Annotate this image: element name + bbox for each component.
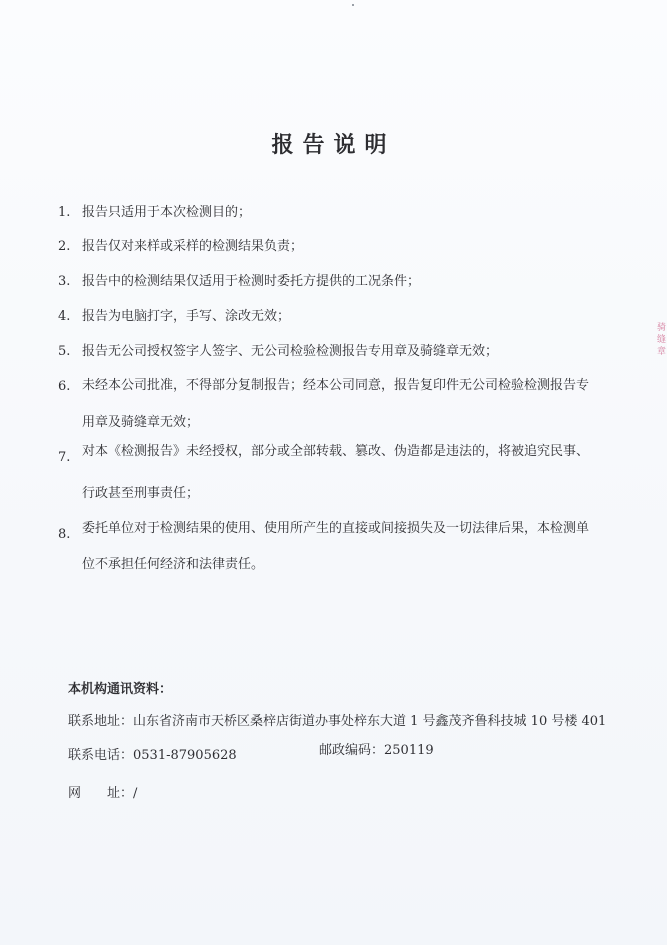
- postcode-label: 邮政编码：: [319, 743, 384, 758]
- address-value: 山东省济南市天桥区桑梓店街道办事处梓东大道 1 号鑫茂齐鲁科技城 10 号楼 4…: [133, 714, 606, 729]
- contact-phone: 联系电话：0531-87905628: [68, 744, 237, 763]
- item-text: 对本《检测报告》未经授权，部分或全部转载、篡改、伪造都是违法的，将被追究民事、: [82, 444, 589, 460]
- item-text-continued: 行政甚至刑事责任；: [82, 486, 199, 502]
- postcode-value: 250119: [384, 743, 434, 758]
- phone-label: 联系电话：: [68, 748, 133, 763]
- item-number: 1.: [58, 205, 78, 221]
- scan-mark: [352, 4, 354, 6]
- item-number: 5.: [58, 344, 78, 360]
- page-title: 报告说明: [0, 128, 667, 159]
- item-text-continued: 位不承担任何经济和法律责任。: [82, 557, 264, 573]
- item-number: 7.: [58, 450, 78, 466]
- item-text-continued: 用章及骑缝章无效；: [82, 415, 199, 431]
- item-number: 6.: [58, 379, 78, 395]
- contact-address: 联系地址：山东省济南市天桥区桑梓店街道办事处梓东大道 1 号鑫茂齐鲁科技城 10…: [68, 710, 606, 729]
- website-label: 网 址：: [68, 786, 133, 801]
- contact-heading: 本机构通讯资料：: [68, 678, 172, 697]
- contact-website: 网 址：/: [68, 782, 137, 801]
- address-label: 联系地址：: [68, 714, 133, 729]
- website-value: /: [133, 786, 137, 801]
- item-text: 委托单位对于检测结果的使用、使用所产生的直接或间接损失及一切法律后果，本检测单: [82, 521, 589, 537]
- item-text: 报告只适用于本次检测目的；: [82, 205, 251, 221]
- phone-value: 0531-87905628: [133, 748, 237, 763]
- item-number: 2.: [58, 239, 78, 255]
- item-text: 报告无公司授权签字人签字、无公司检验检测报告专用章及骑缝章无效；: [82, 344, 498, 360]
- report-page: 报告说明 1. 报告只适用于本次检测目的； 2. 报告仅对来样或采样的检测结果负…: [0, 0, 667, 945]
- seam-stamp: 骑缝章: [657, 322, 667, 430]
- item-text: 报告中的检测结果仅适用于检测时委托方提供的工况条件；: [82, 274, 420, 290]
- item-text: 报告为电脑打字，手写、涂改无效；: [82, 309, 290, 325]
- item-text: 未经本公司批准，不得部分复制报告；经本公司同意，报告复印件无公司检验检测报告专: [82, 378, 589, 394]
- item-number: 4.: [58, 309, 78, 325]
- item-text: 报告仅对来样或采样的检测结果负责；: [82, 239, 303, 255]
- contact-postcode: 邮政编码：250119: [319, 739, 434, 758]
- item-number: 8.: [58, 527, 78, 543]
- item-number: 3.: [58, 274, 78, 290]
